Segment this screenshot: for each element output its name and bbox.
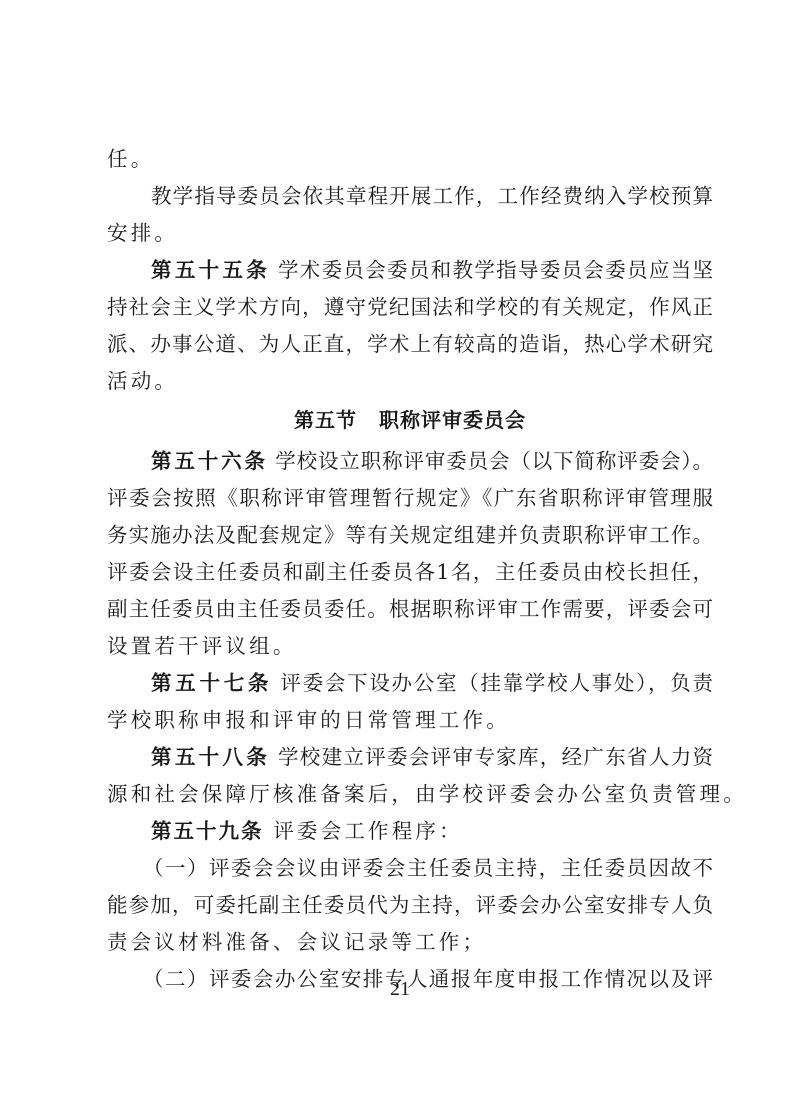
paragraph-line: 教学指导委员会依其章程开展工作，工作经费纳入学校预算	[107, 178, 713, 215]
list-item-line: （一）评委会会议由评委会主任委员主持，主任委员因故不	[107, 850, 713, 887]
article-text: 评委会工作程序：	[264, 819, 463, 843]
article-text: 学术委员会委员和教学指导委员会委员应当坚	[270, 258, 713, 282]
article-55-line: 第五十五条 学术委员会委员和教学指导委员会委员应当坚	[107, 252, 713, 289]
article-58-line: 第五十八条 学校建立评委会评审专家库，经广东省人力资	[107, 739, 713, 776]
paragraph-line: 评委会按照《职称评审管理暂行规定》《广东省职称评审管理服	[107, 480, 713, 517]
article-heading: 第五十五条	[151, 258, 270, 282]
section-number: 第五节	[294, 408, 357, 432]
paragraph-line: 安排。	[107, 215, 713, 252]
paragraph-line: 评委会设主任委员和副主任委员各1名，主任委员由校长担任，	[107, 554, 713, 591]
paragraph-line: 务实施办法及配套规定》等有关规定组建并负责职称评审工作。	[107, 517, 713, 554]
section-title: 第五节职称评审委员会	[107, 398, 713, 443]
article-heading: 第五十七条	[151, 671, 272, 695]
article-text: 评委会下设办公室（挂靠学校人事处），负责	[272, 671, 713, 695]
paragraph-line: 任。	[107, 141, 713, 178]
article-text: 学校建立评委会评审专家库，经广东省人力资	[270, 745, 713, 769]
paragraph-line: 设置若干评议组。	[107, 628, 713, 665]
paragraph-line: 副主任委员由主任委员委任。根据职称评审工作需要，评委会可	[107, 591, 713, 628]
section-name: 职称评审委员会	[379, 408, 526, 432]
article-heading: 第五十九条	[151, 819, 264, 843]
page-number: 21	[0, 978, 800, 1001]
paragraph-line: 责会议材料准备、会议记录等工作；	[107, 924, 713, 961]
article-56-line: 第五十六条 学校设立职称评审委员会（以下简称评委会）。	[107, 443, 713, 480]
paragraph-line: 活动。	[107, 363, 713, 400]
article-heading: 第五十六条	[151, 449, 268, 473]
paragraph-line: 学校职称申报和评审的日常管理工作。	[107, 702, 713, 739]
paragraph-line: 派、办事公道、为人正直，学术上有较高的造诣，热心学术研究	[107, 326, 713, 363]
article-heading: 第五十八条	[151, 745, 270, 769]
article-59-line: 第五十九条 评委会工作程序：	[107, 813, 713, 850]
paragraph-line: 能参加，可委托副主任委员代为主持，评委会办公室安排专人负	[107, 887, 713, 924]
document-page: 任。 教学指导委员会依其章程开展工作，工作经费纳入学校预算 安排。 第五十五条 …	[107, 141, 713, 998]
paragraph-line: 持社会主义学术方向，遵守党纪国法和学校的有关规定，作风正	[107, 289, 713, 326]
article-text: 学校设立职称评审委员会（以下简称评委会）。	[268, 449, 713, 473]
paragraph-line: 源和社会保障厅核准备案后，由学校评委会办公室负责管理。	[107, 776, 713, 813]
article-57-line: 第五十七条 评委会下设办公室（挂靠学校人事处），负责	[107, 665, 713, 702]
